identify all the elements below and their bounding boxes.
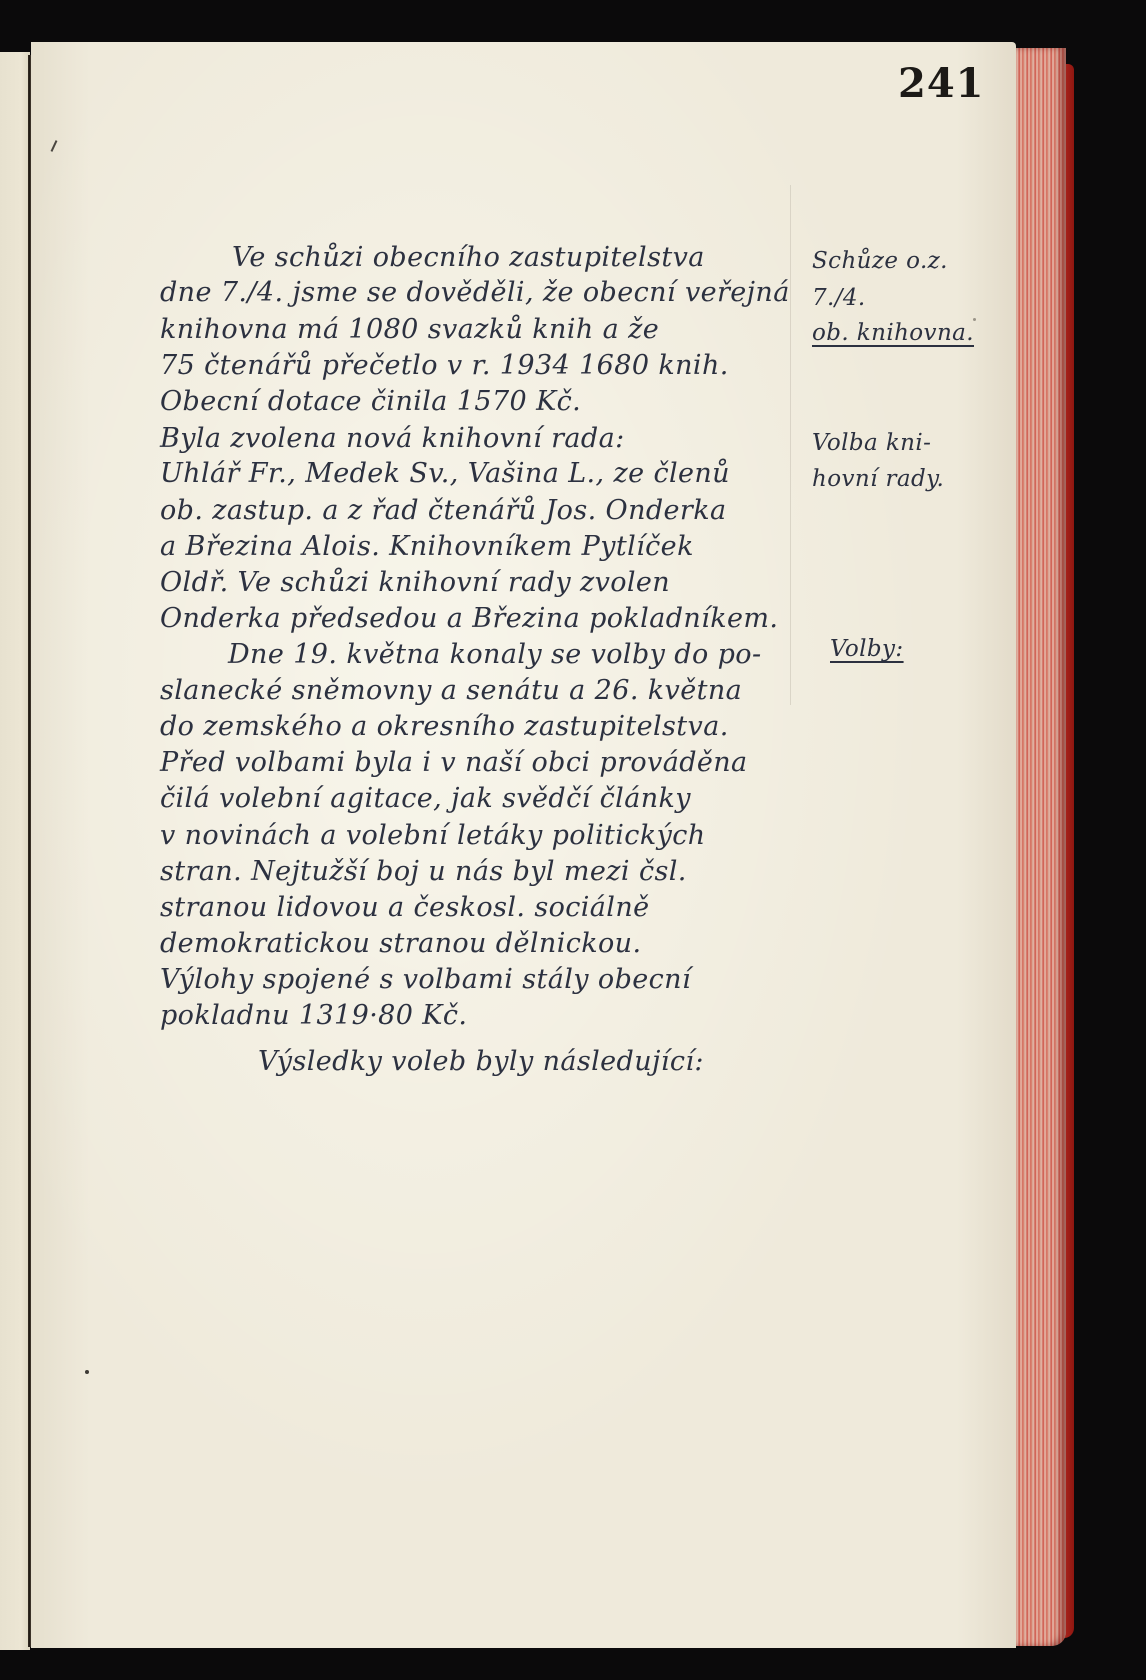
page-number: 241 [898,60,985,107]
margin-note: 7./4. [812,285,866,311]
body-line: Uhlář Fr., Medek Sv., Vašina L., ze člen… [160,458,730,489]
margin-note: Schůze o.z. [812,248,948,274]
body-line: Dne 19. května konaly se volby do po- [228,639,761,670]
body-line: ob. zastup. a z řad čtenářů Jos. Onderka [160,495,727,526]
margin-note: Volba kni- [812,430,931,456]
body-line: Výsledky voleb byly následující: [258,1046,704,1077]
body-line: slanecké sněmovny a senátu a 26. května [160,675,742,706]
body-line: stran. Nejtužší boj u nás byl mezi čsl. [160,856,687,887]
book-photo-scene: 241 Ve schůzi obecního zastupitelstva dn… [0,0,1146,1680]
left-facing-page-edge [0,52,30,1650]
paper-speck [85,1370,89,1374]
body-line: Výlohy spojené s volbami stály obecní [160,964,691,995]
body-line: Oldř. Ve schůzi knihovní rady zvolen [160,567,670,598]
body-line: stranou lidovou a českosl. sociálně [160,892,650,923]
margin-note: hovní rady. [812,466,944,492]
body-line: Byla zvolena nová knihovní rada: [160,423,625,454]
body-line: a Březina Alois. Knihovníkem Pytlíček [160,531,694,562]
red-page-fore-edge [1016,48,1066,1646]
body-line: v novinách a volební letáky politických [160,820,706,851]
body-line: Ve schůzi obecního zastupitelstva [232,242,705,273]
body-line: knihovna má 1080 svazků knih a že [160,314,659,345]
body-line: pokladnu 1319·80 Kč. [160,1000,467,1031]
body-line: Před volbami byla i v naší obci prováděn… [160,747,748,778]
margin-note: Volby: [830,636,904,662]
body-line: do zemského a okresního zastupitelstva. [160,711,729,742]
body-line: 75 čtenářů přečetlo v r. 1934 1680 knih. [160,350,729,381]
body-line: čilá volební agitace, jak svědčí články [160,783,691,814]
body-line: Onderka předsedou a Březina pokladníkem. [160,603,778,634]
body-line: Obecní dotace činila 1570 Kč. [160,386,581,417]
paper-speck [973,318,976,321]
body-line: dne 7./4. jsme se dověděli, že obecní ve… [160,277,790,308]
margin-note: ob. knihovna. [812,320,974,346]
margin-rule-line [790,185,791,705]
body-line: demokratickou stranou dělnickou. [160,928,641,959]
